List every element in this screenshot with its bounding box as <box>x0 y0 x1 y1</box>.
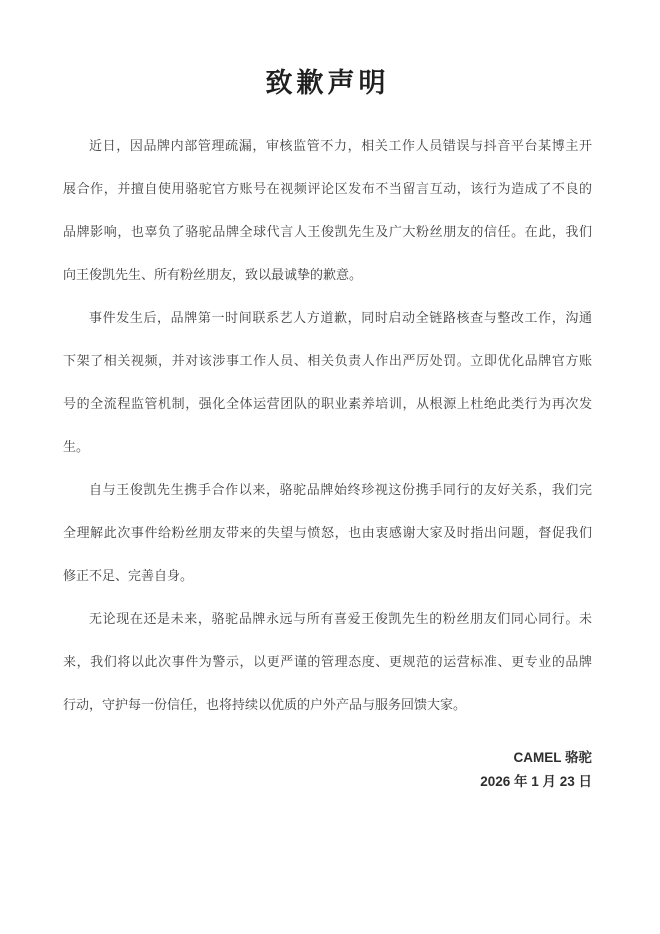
document-text: 近日，因品牌内部管理疏漏，审核监管不力，相关工作人员错误与抖音平台某博主开 展合… <box>63 124 592 726</box>
body-line: 下架了相关视频，并对该涉事工作人员、相关负责人作出严厉处罚。立即优化品牌官方账 <box>63 339 592 382</box>
body-line: 行动，守护每一份信任，也将持续以优质的户外产品与服务回馈大家。 <box>63 683 592 726</box>
body-line: 自与王俊凯先生携手合作以来，骆驼品牌始终珍视这份携手同行的友好关系，我们完 <box>63 468 592 511</box>
document-title: 致歉声明 <box>63 0 592 108</box>
body-line: 向王俊凯先生、所有粉丝朋友，致以最诚挚的歉意。 <box>63 253 592 296</box>
body-line: 无论现在还是未来，骆驼品牌永远与所有喜爱王俊凯先生的粉丝朋友们同心同行。未 <box>63 597 592 640</box>
paragraph-4: 无论现在还是未来，骆驼品牌永远与所有喜爱王俊凯先生的粉丝朋友们同心同行。未 来，… <box>63 597 592 726</box>
paragraph-1: 近日，因品牌内部管理疏漏，审核监管不力，相关工作人员错误与抖音平台某博主开 展合… <box>63 124 592 296</box>
body-line: 全理解此次事件给粉丝朋友带来的失望与愤怒，也由衷感谢大家及时指出问题，督促我们 <box>63 511 592 554</box>
body-line: 展合作，并擅自使用骆驼官方账号在视频评论区发布不当留言互动，该行为造成了不良的 <box>63 167 592 210</box>
body-line: 号的全流程监管机制，强化全体运营团队的职业素养培训，从根源上杜绝此类行为再次发 <box>63 382 592 425</box>
body-line: 近日，因品牌内部管理疏漏，审核监管不力，相关工作人员错误与抖音平台某博主开 <box>63 124 592 167</box>
body-line: 生。 <box>63 425 592 468</box>
body-line: 来，我们将以此次事件为警示，以更严谨的管理态度、更规范的运营标准、更专业的品牌 <box>63 640 592 683</box>
paragraph-3: 自与王俊凯先生携手合作以来，骆驼品牌始终珍视这份携手同行的友好关系，我们完 全理… <box>63 468 592 597</box>
paragraph-2: 事件发生后，品牌第一时间联系艺人方道歉，同时启动全链路核查与整改工作，沟通 下架… <box>63 296 592 468</box>
signature: CAMEL 骆驼 2026 年 1 月 23 日 <box>63 746 592 794</box>
body-line: 事件发生后，品牌第一时间联系艺人方道歉，同时启动全链路核查与整改工作，沟通 <box>63 296 592 339</box>
signature-date: 2026 年 1 月 23 日 <box>63 770 592 794</box>
body-line: 品牌影响，也辜负了骆驼品牌全球代言人王俊凯先生及广大粉丝朋友的信任。在此，我们 <box>63 210 592 253</box>
signature-brand: CAMEL 骆驼 <box>63 746 592 770</box>
document-body: 致歉声明 近日，因品牌内部管理疏漏，审核监管不力，相关工作人员错误与抖音平台某博… <box>0 0 660 794</box>
body-line: 修正不足、完善自身。 <box>63 554 592 597</box>
apology-statement-page: 致歉声明 近日，因品牌内部管理疏漏，审核监管不力，相关工作人员错误与抖音平台某博… <box>0 0 660 934</box>
